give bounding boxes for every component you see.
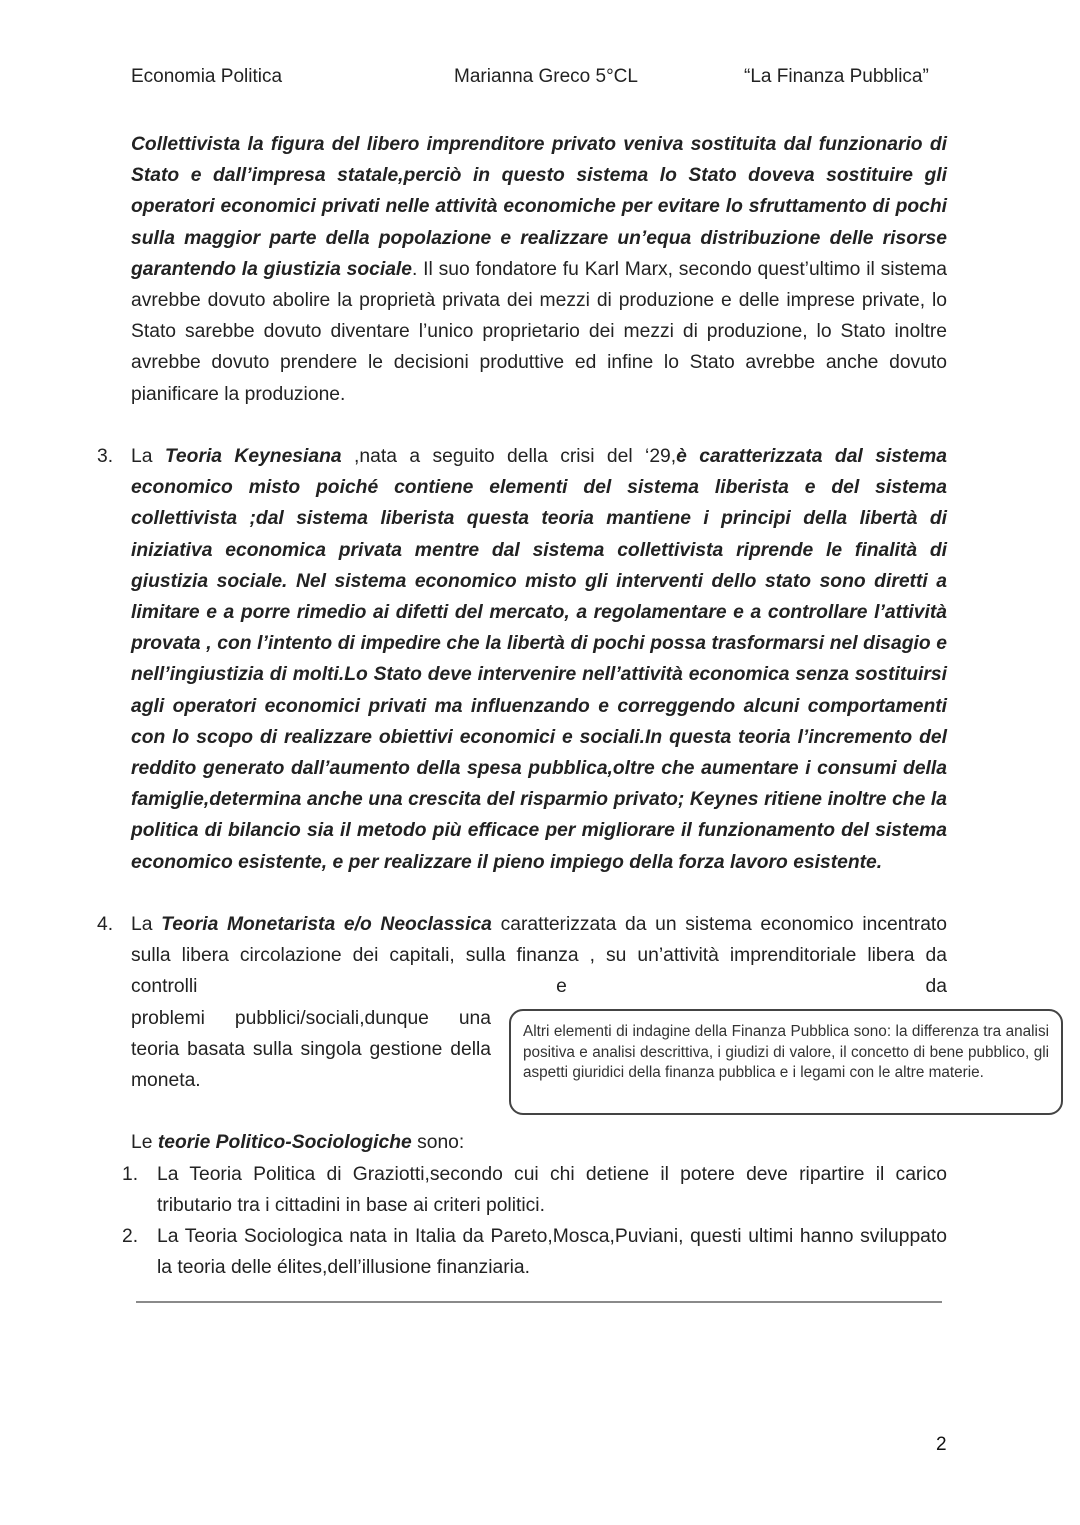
footer-divider: [136, 1301, 942, 1303]
callout-text: Altri elementi di indagine della Finanza…: [523, 1022, 1049, 1084]
political-sociological-intro: Le teorie Politico-Sociologiche sono:: [131, 1127, 464, 1158]
keynesian-theory-paragraph: La Teoria Keynesiana ,nata a seguito del…: [131, 441, 947, 878]
keynesian-emphasis: è caratterizzata dal sistema economico m…: [131, 446, 947, 873]
keynesian-intro: ,nata a seguito della crisi del ‘29,: [342, 446, 677, 467]
keynesian-lead: La: [131, 446, 165, 467]
intro-lead: Le: [131, 1132, 158, 1153]
list-item-political-theory: La Teoria Politica di Graziotti,secondo …: [157, 1159, 947, 1221]
collettivista-paragraph: Collettivista la figura del libero impre…: [131, 129, 947, 410]
list-number-1: 1.: [122, 1159, 138, 1190]
list-item-sociological-theory: La Teoria Sociologica nata in Italia da …: [157, 1221, 947, 1283]
header-subject: Economia Politica: [131, 66, 282, 88]
callout-box: Altri elementi di indagine della Finanza…: [509, 1009, 1063, 1115]
page-header: Economia Politica Marianna Greco 5°CL “L…: [131, 66, 943, 94]
header-title: “La Finanza Pubblica”: [744, 66, 929, 88]
monetarist-theory-paragraph: La Teoria Monetarista e/o Neoclassica ca…: [131, 909, 947, 1003]
intro-term: teorie Politico-Sociologiche: [158, 1132, 412, 1153]
monetarist-lead: La: [131, 914, 161, 935]
list-number-2: 2.: [122, 1221, 138, 1252]
intro-tail: sono:: [412, 1132, 465, 1153]
page-number: 2: [936, 1434, 947, 1456]
keynesian-term: Teoria Keynesiana: [165, 446, 342, 467]
monetarist-continuation: problemi pubblici/sociali,dunque una teo…: [131, 1003, 491, 1097]
collettivista-text: . Il suo fondatore fu Karl Marx, secondo…: [131, 259, 947, 405]
list-number-4: 4.: [97, 909, 113, 940]
list-number-3: 3.: [97, 441, 113, 472]
header-author: Marianna Greco 5°CL: [454, 66, 638, 88]
monetarist-term: Teoria Monetarista e/o Neoclassica: [161, 914, 492, 935]
